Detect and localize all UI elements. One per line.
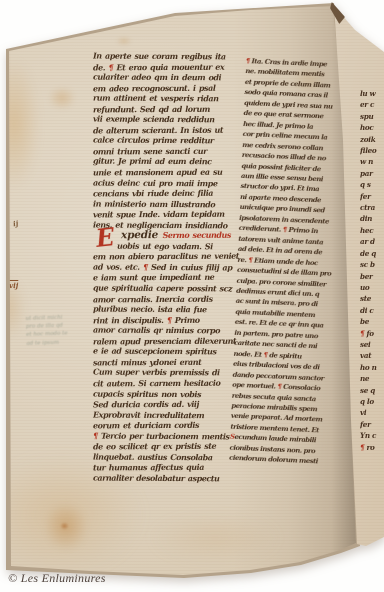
open-book: ut dicit michipro de illa qdet hoc modo … — [0, 0, 384, 592]
manuscript-photo: ut dicit michipro de illa qdet hoc modo … — [0, 0, 384, 592]
gutter-shadow — [233, 0, 356, 592]
left-page: ut dicit michipro de illa qdet hoc modo … — [0, 0, 384, 592]
watermark: © Les Enluminures — [8, 571, 106, 586]
